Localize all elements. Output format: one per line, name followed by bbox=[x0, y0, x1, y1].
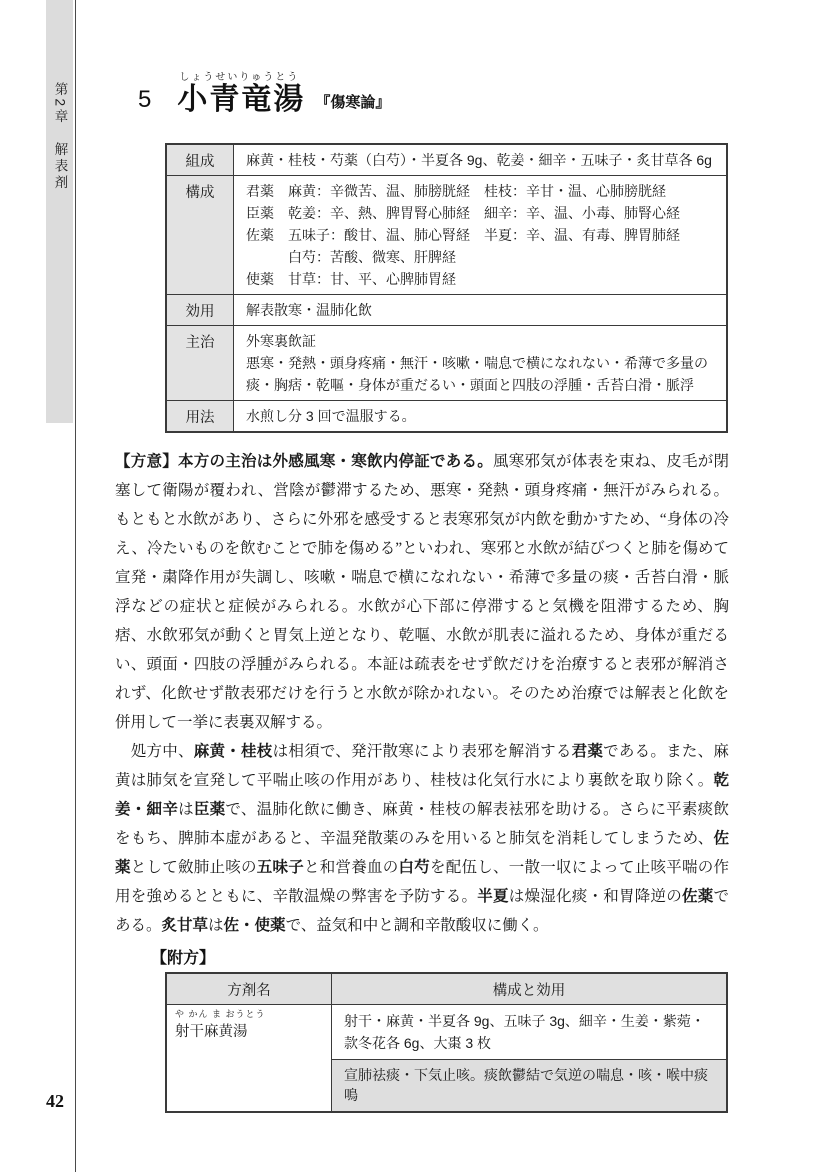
emphasis-text: 白芍 bbox=[398, 859, 430, 876]
emphasis-text: 麻黄・桂枝 bbox=[194, 743, 273, 760]
formula-number: 5 bbox=[138, 86, 151, 116]
row-label: 効用 bbox=[167, 295, 234, 325]
chapter-tab: 第2章 解表剤 bbox=[46, 0, 73, 423]
row-label: 組成 bbox=[167, 145, 234, 175]
page-margin-rule bbox=[75, 0, 76, 1172]
fuho-heading: 【附方】 bbox=[151, 945, 215, 968]
fuho-name: 射干麻黄湯 bbox=[175, 1020, 325, 1041]
body-text: として斂肺止咳の bbox=[131, 859, 257, 876]
fuho-table: 方剤名 構成と効用 や かん ま おうとう 射干麻黄湯 射干・麻黄・半夏各 9g… bbox=[165, 972, 728, 1113]
main-info-table: 組成麻黄・桂枝・芍薬（白芍）・半夏各 9g、乾姜・細辛・五味子・炙甘草各 6g構… bbox=[165, 143, 728, 433]
body-text: 処方中、 bbox=[115, 743, 194, 760]
body-text: は bbox=[178, 801, 194, 818]
table-row: 用法水煎し分 3 回で温服する。 bbox=[167, 400, 726, 431]
chapter-number-label: 第2章 bbox=[50, 82, 70, 126]
fuho-effect: 宣肺祛痰・下気止咳。痰飲鬱結で気逆の喘息・咳・喉中痰鳴 bbox=[332, 1060, 726, 1111]
fuho-name-furigana: や かん ま おうとう bbox=[175, 1007, 325, 1020]
formula-header: 5 しょうせいりゅうとう 小青竜湯 『傷寒論』 bbox=[138, 68, 390, 116]
formula-source: 『傷寒論』 bbox=[315, 91, 390, 116]
body-text: で、益気和中と調和辛散酸収に働く。 bbox=[286, 917, 549, 934]
emphasis-text: 半夏 bbox=[477, 888, 509, 905]
body-text: は bbox=[208, 917, 224, 934]
emphasis-text: 五味子 bbox=[257, 859, 304, 876]
row-content: 水煎し分 3 回で温服する。 bbox=[234, 401, 726, 431]
emphasis-text: 炙甘草 bbox=[162, 917, 209, 934]
body-text: は相須で、発汗散寒により表邪を解消する bbox=[273, 743, 572, 760]
emphasis-text: 臣薬 bbox=[194, 801, 226, 818]
body-paragraph: 処方中、麻黄・桂枝は相須で、発汗散寒により表邪を解消する君薬である。また、麻黄は… bbox=[115, 737, 729, 940]
table-row: 効用解表散寒・温肺化飲 bbox=[167, 294, 726, 325]
emphasis-text: 【方意】本方の主治は外感風寒・寒飲内停証である。 bbox=[115, 453, 493, 470]
table-row: 主治外寒裏飲証 悪寒・発熱・頭身疼痛・無汗・咳嗽・喘息で横になれない・希薄で多量… bbox=[167, 325, 726, 400]
emphasis-text: 佐・使薬 bbox=[224, 917, 286, 934]
textbook-page: 第2章 解表剤 42 5 しょうせいりゅうとう 小青竜湯 『傷寒論』 組成麻黄・… bbox=[0, 0, 830, 1172]
body-paragraph: 【方意】本方の主治は外感風寒・寒飲内停証である。風寒邪気が体表を束ね、皮毛が閉塞… bbox=[115, 447, 729, 737]
row-label: 用法 bbox=[167, 401, 234, 431]
fuho-composition: 射干・麻黄・半夏各 9g、五味子 3g、細辛・生姜・紫菀・款冬花各 6g、大棗 … bbox=[332, 1005, 726, 1060]
hoi-paragraphs: 【方意】本方の主治は外感風寒・寒飲内停証である。風寒邪気が体表を束ね、皮毛が閉塞… bbox=[115, 447, 729, 940]
emphasis-text: 佐薬 bbox=[682, 888, 714, 905]
row-content: 麻黄・桂枝・芍薬（白芍）・半夏各 9g、乾姜・細辛・五味子・炙甘草各 6g bbox=[234, 145, 726, 175]
row-content: 外寒裏飲証 悪寒・発熱・頭身疼痛・無汗・咳嗽・喘息で横になれない・希薄で多量の痰… bbox=[234, 326, 726, 400]
row-label: 主治 bbox=[167, 326, 234, 400]
row-label: 構成 bbox=[167, 176, 234, 294]
body-text: は燥湿化痰・和胃降逆の bbox=[509, 888, 682, 905]
formula-furigana: しょうせいりゅうとう bbox=[179, 68, 305, 83]
formula-title: 小青竜湯 bbox=[177, 83, 305, 116]
fuho-col1-header: 方剤名 bbox=[167, 974, 332, 1005]
formula-title-block: しょうせいりゅうとう 小青竜湯 bbox=[177, 68, 305, 116]
page-number: 42 bbox=[46, 1091, 64, 1112]
fuho-col2-header: 構成と効用 bbox=[332, 974, 726, 1005]
table-row: 組成麻黄・桂枝・芍薬（白芍）・半夏各 9g、乾姜・細辛・五味子・炙甘草各 6g bbox=[167, 145, 726, 175]
table-row: 構成君薬 麻黄：辛微苦、温、肺膀胱経 桂枝：辛甘・温、心肺膀胱経 臣薬 乾姜：辛… bbox=[167, 175, 726, 294]
row-content: 君薬 麻黄：辛微苦、温、肺膀胱経 桂枝：辛甘・温、心肺膀胱経 臣薬 乾姜：辛、熱… bbox=[234, 176, 726, 294]
fuho-formula-name-cell: や かん ま おうとう 射干麻黄湯 bbox=[167, 1005, 332, 1111]
emphasis-text: 君薬 bbox=[572, 743, 604, 760]
body-text: 風寒邪気が体表を束ね、皮毛が閉塞して衛陽が覆われ、営陰が鬱滞するため、悪寒・発熱… bbox=[115, 453, 729, 731]
row-content: 解表散寒・温肺化飲 bbox=[234, 295, 726, 325]
body-text: と和営養血の bbox=[304, 859, 399, 876]
chapter-title-label: 解表剤 bbox=[50, 142, 70, 192]
